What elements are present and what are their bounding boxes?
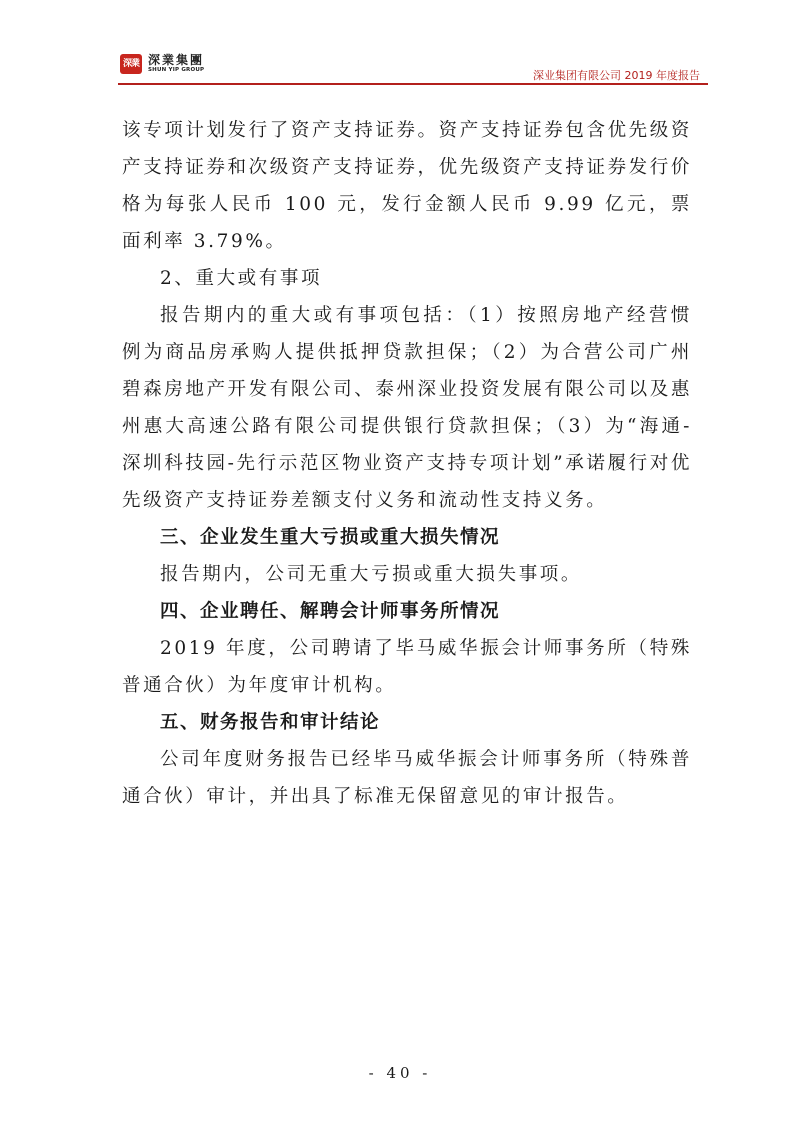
- paragraph-abs-details: 该专项计划发行了资产支持证券。资产支持证券包含优先级资产支持证券和次级资产支持证…: [122, 112, 692, 260]
- report-title: 深业集团有限公司 2019 年度报告: [533, 67, 700, 83]
- section-heading-auditor: 四、企业聘任、解聘会计师事务所情况: [122, 593, 692, 630]
- header-divider: [118, 83, 708, 85]
- subheading-contingencies: 2、重大或有事项: [122, 260, 692, 297]
- section-heading-losses: 三、企业发生重大亏损或重大损失情况: [122, 519, 692, 556]
- logo-seal-icon: 深業: [120, 54, 142, 74]
- paragraph-losses: 报告期内，公司无重大亏损或重大损失事项。: [122, 556, 692, 593]
- page-number: - 40 -: [0, 1064, 800, 1082]
- section-heading-audit-conclusion: 五、财务报告和审计结论: [122, 704, 692, 741]
- company-logo: 深業 深業集團 SHUN YIP GROUP: [120, 54, 204, 74]
- logo-text: 深業集團 SHUN YIP GROUP: [148, 54, 204, 74]
- document-body: 该专项计划发行了资产支持证券。资产支持证券包含优先级资产支持证券和次级资产支持证…: [122, 112, 692, 815]
- page-header: 深業 深業集團 SHUN YIP GROUP 深业集团有限公司 2019 年度报…: [118, 52, 708, 86]
- paragraph-contingencies: 报告期内的重大或有事项包括：（1）按照房地产经营惯例为商品房承购人提供抵押贷款担…: [122, 297, 692, 519]
- logo-chinese-name: 深業集團: [148, 54, 204, 67]
- paragraph-auditor: 2019 年度，公司聘请了毕马威华振会计师事务所（特殊普通合伙）为年度审计机构。: [122, 630, 692, 704]
- paragraph-audit-conclusion: 公司年度财务报告已经毕马威华振会计师事务所（特殊普通合伙）审计，并出具了标准无保…: [122, 741, 692, 815]
- logo-english-name: SHUN YIP GROUP: [148, 67, 204, 74]
